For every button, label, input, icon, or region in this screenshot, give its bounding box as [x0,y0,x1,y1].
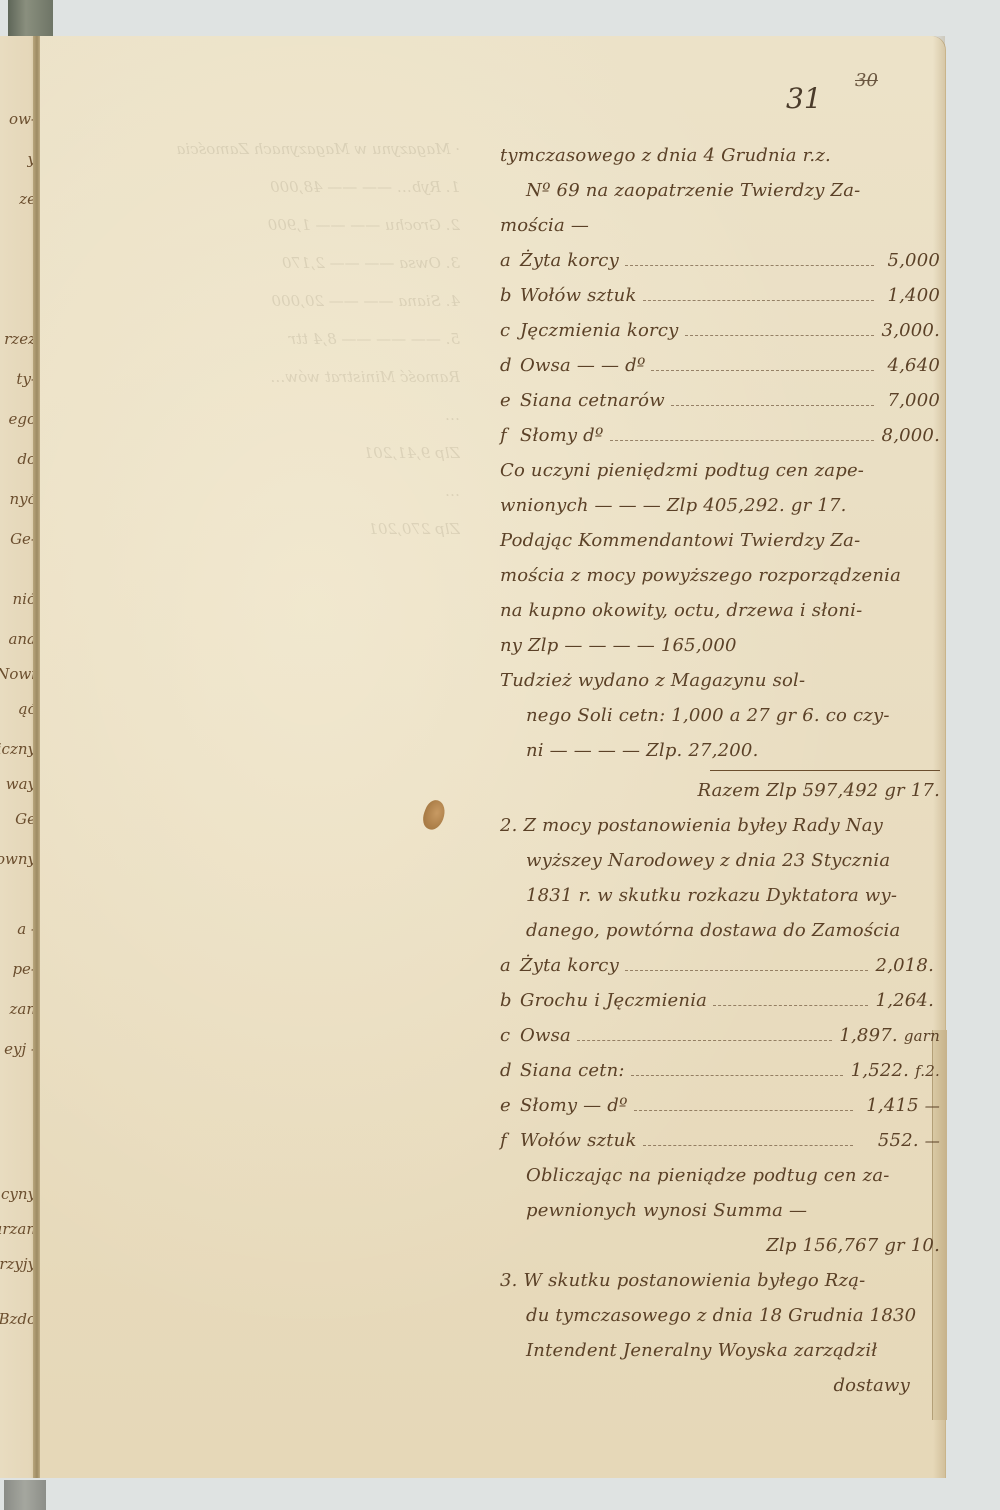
item-letter: a [500,948,520,983]
manuscript-text: tymczasowego z dnia 4 Grudnia r.z. Nº 69… [500,138,940,1403]
text-line: 3. W skutku postanowienia byłego Rzą- [500,1263,940,1298]
item-unit-suffix: — [925,1124,940,1159]
previous-page-text-fragment: ana [8,630,36,648]
dash-leader [651,356,874,371]
text-line: Nº 69 na zaopatrzenie Twierdzy Za- [500,173,940,208]
text-line: du tymczasowego z dnia 18 Grudnia 1830 [500,1298,940,1333]
previous-page-text-fragment: rzyjy [0,1255,36,1273]
ledger-item: c Owsa 1,897. garn [500,1018,940,1053]
previous-page-text-fragment: ow- [9,110,36,128]
text-line: 1831 r. w skutku rozkazu Dyktatora wy- [500,878,940,913]
previous-page-text-fragment: urzan [0,1220,36,1238]
item-description: Siana cetn: [520,1053,625,1088]
previous-page-text-fragment: ego [8,410,36,428]
item-description: Żyta korcy [520,948,619,983]
item-description: Owsa [520,1018,571,1053]
item-letter: d [500,348,520,383]
text-line: pewnionych wynosi Summa — [500,1193,940,1228]
item-description: Grochu i Jęczmienia [520,983,707,1018]
binding-clip-top [8,0,53,38]
item-letter: e [500,1088,520,1123]
text-line: Podając Kommendantowi Twierdzy Za- [500,523,940,558]
ledger-item: d Owsa — — dº 4,640 [500,348,940,383]
binding-clip-bottom [4,1480,46,1510]
text-line: wyższey Narodowey z dnia 23 Stycznia [500,843,940,878]
dash-leader [685,321,874,336]
item-description: Żyta korcy [520,243,619,278]
item-letter: f [500,1123,520,1158]
previous-page-text-fragment: incyny [0,1185,36,1203]
ledger-item: f Słomy dº 8,000. [500,418,940,453]
section-total: Razem Zlp 597,492 gr 17. [500,773,940,808]
item-letter: c [500,1018,520,1053]
previous-page-text-fragment: owny [0,850,36,868]
dash-leader [671,391,874,406]
item-quantity: 1,400 [880,278,940,313]
previous-page-text-fragment: Bzdo [0,1310,36,1328]
item-letter: d [500,1053,520,1088]
ledger-item: e Siana cetnarów 7,000 [500,383,940,418]
section-1: tymczasowego z dnia 4 Grudnia r.z. Nº 69… [500,138,940,808]
old-page-number: 30 [855,70,878,91]
previous-page-text-fragment: way [6,775,36,793]
item-quantity: 2,018. [874,948,934,983]
text-line: Intendent Jeneralny Woyska zarządził [500,1333,940,1368]
item-quantity: 7,000 [880,383,940,418]
dash-leader [713,991,868,1006]
ledger-item: b Grochu i Jęczmienia 1,264. [500,983,940,1018]
item-quantity: 3,000. [880,313,940,348]
item-description: Siana cetnarów [520,383,665,418]
dash-leader [577,1026,832,1041]
item-letter: b [500,278,520,313]
item-description: Owsa — — dº [520,348,645,383]
item-description: Wołów sztuk [520,278,637,313]
total-rule [710,770,940,771]
text-line: Co uczyni pieniędzmi podtug cen zape- [500,453,940,488]
previous-page-text-fragment: rzez [4,330,36,348]
previous-page-text-fragment: Nowi [0,665,36,683]
ledger-item: b Wołów sztuk 1,400 [500,278,940,313]
text-line: tymczasowego z dnia 4 Grudnia r.z. [500,138,940,173]
item-letter: c [500,313,520,348]
item-description: Wołów sztuk [520,1123,637,1158]
section-3: 3. W skutku postanowienia byłego Rzą- du… [500,1263,940,1403]
item-unit-suffix: garn [904,1019,940,1054]
item-description: Słomy dº [520,418,604,453]
text-line: Tudzież wydano z Magazynu sol- [500,663,940,698]
dash-leader [625,956,868,971]
previous-page-text-fragment: eyj - [4,1040,36,1058]
item-quantity: 1,415 [859,1088,919,1123]
item-letter: e [500,383,520,418]
item-quantity: 5,000 [880,243,940,278]
text-line: wnionych — — — Zlp 405,292. gr 17. [500,488,940,523]
item-quantity: 8,000. [880,418,940,453]
item-description: Jęczmienia korcy [520,313,679,348]
item-quantity: 4,640 [880,348,940,383]
dash-leader [631,1061,843,1076]
item-quantity: 1,522. [849,1053,909,1088]
item-quantity: 1,264. [874,983,934,1018]
item-letter: b [500,983,520,1018]
item-unit-suffix: f.2. [915,1054,940,1089]
previous-page-text-fragment: iczny [0,740,36,758]
ledger-item: d Siana cetn: 1,522. f.2. [500,1053,940,1088]
text-line: nego Soli cetn: 1,000 a 27 gr 6. co czy- [500,698,940,733]
text-line: ny Zlp — — — — 165,000 [500,628,940,663]
dash-leader [634,1096,853,1111]
dash-leader [643,1131,853,1146]
ledger-item: e Słomy — dº 1,415 — [500,1088,940,1123]
catchword: dostawy [500,1368,940,1403]
text-line: mościa z mocy powyższego rozporządzenia [500,558,940,593]
dash-leader [625,251,874,266]
ledger-item: a Żyta korcy 5,000 [500,243,940,278]
ledger-item: f Wołów sztuk 552. — [500,1123,940,1158]
text-line: 2. Z mocy postanowienia byłey Rady Nay [500,808,940,843]
ledger-item: a Żyta korcy 2,018. [500,948,940,983]
item-quantity: 552. [859,1123,919,1158]
text-line: Obliczając na pieniądze podtug cen za- [500,1158,940,1193]
item-letter: a [500,243,520,278]
section-total: Zlp 156,767 gr 10. [500,1228,940,1263]
text-line: ni — — — — Zlp. 27,200. [500,733,940,768]
ledger-item: c Jęczmienia korcy 3,000. [500,313,940,348]
item-letter: f [500,418,520,453]
text-line: danego, powtórna dostawa do Zamościa [500,913,940,948]
item-quantity: 1,897. [838,1018,898,1053]
dash-leader [610,426,874,441]
item-unit-suffix: — [925,1089,940,1124]
dash-leader [643,286,874,301]
text-line: mościa — [500,208,940,243]
section-2: 2. Z mocy postanowienia byłey Rady Nay w… [500,808,940,1263]
item-description: Słomy — dº [520,1088,628,1123]
page-number: 31 [786,82,822,115]
text-line: na kupno okowity, octu, drzewa i słoni- [500,593,940,628]
